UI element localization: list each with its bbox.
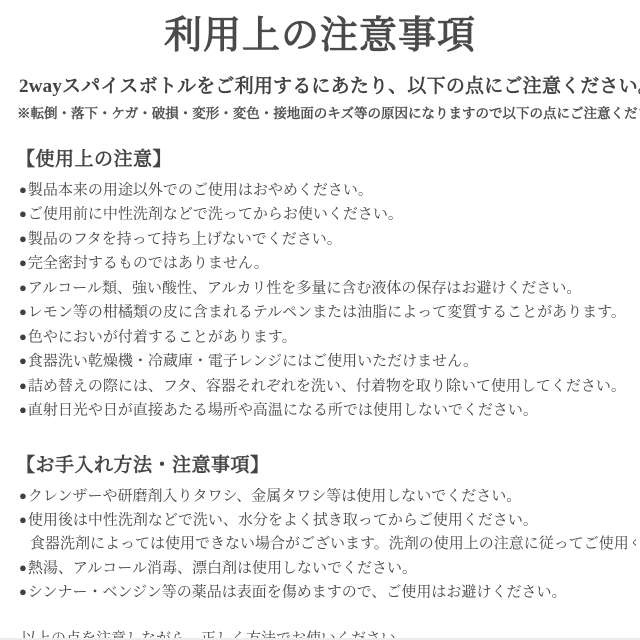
bullet-icon: ● (19, 300, 27, 323)
bullet-icon: ● (19, 276, 27, 299)
usage-notice-list: ●製品本来の用途以外でのご使用はおやめください。 ●ご使用前に中性洗剤などで洗っ… (0, 178, 640, 423)
notice-item: ●直射日光や日が直接あたる場所や高温になる所では使用しないでください。 (19, 398, 636, 423)
notice-item-text: 完全密封するものではありません。 (28, 256, 269, 272)
notice-item-text: 直射日光や日が直接あたる場所や高温になる所では使用しないでください。 (28, 403, 538, 419)
bullet-icon: ● (19, 484, 27, 507)
notice-item: ●完全密封するものではありません。 (19, 251, 636, 276)
section-usage-precautions: 【使用上の注意】 ●製品本来の用途以外でのご使用はおやめください。 ●ご使用前に… (0, 144, 640, 423)
notice-item-text: 使用後は中性洗剤などで洗い、水分をよく拭き取ってからご使用ください。 (28, 513, 538, 529)
notice-item-text: 色やにおいが付着することがあります。 (28, 329, 297, 345)
notice-item-text: 熱湯、アルコール消毒、漂白剤は使用しないでください。 (28, 560, 417, 576)
bullet-icon: ● (19, 202, 27, 225)
notice-item-text: 食器洗い乾燥機・冷蔵庫・電子レンジにはご使用いただけません。 (28, 354, 478, 370)
notice-item-text: レモン等の柑橘類の皮に含まれるテルペンまたは油脂によって変質することがあります。 (28, 305, 626, 321)
caution-note: ※転倒・落下・ケガ・破損・変形・変色・接地面のキズ等の原因になりますので以下の点… (0, 102, 640, 122)
bullet-icon: ● (19, 251, 27, 274)
page-title: 利用上の注意事項 (0, 0, 640, 59)
bullet-icon: ● (19, 227, 27, 250)
notice-item: ●クレンザーや研磨剤入りタワシ、金属タワシ等は使用しないでください。 (19, 484, 636, 509)
notice-item-text: ご使用前に中性洗剤などで洗ってからお使いください。 (28, 207, 403, 223)
section-heading-usage: 【使用上の注意】 (0, 144, 640, 171)
bullet-icon: ● (19, 325, 27, 348)
notice-item: ●製品本来の用途以外でのご使用はおやめください。 (19, 178, 636, 203)
notice-item: ●食器洗い乾燥機・冷蔵庫・電子レンジにはご使用いただけません。 (19, 349, 636, 374)
notice-item: ●詰め替えの際には、フタ、容器それぞれを洗い、付着物を取り除いて使用してください… (19, 374, 636, 399)
notice-item: ●色やにおいが付着することがあります。 (19, 325, 636, 350)
notice-item: ●製品のフタを持って持ち上げないでください。 (19, 227, 636, 252)
bullet-icon: ● (19, 349, 27, 372)
notice-item-text: 製品本来の用途以外でのご使用はおやめください。 (28, 182, 373, 198)
notice-item-continuation: 食器洗剤によっては使用できない場合がございます。洗剤の使用上の注意に従ってご使用… (19, 533, 636, 556)
care-notice-list: ●クレンザーや研磨剤入りタワシ、金属タワシ等は使用しないでください。 ●使用後は… (0, 484, 640, 605)
notice-item-text: シンナー・ベンジン等の薬品は表面を傷めますので、ご使用はお避けください。 (28, 585, 567, 601)
bullet-icon: ● (19, 556, 27, 579)
notice-item-text: 製品のフタを持って持ち上げないでください。 (28, 231, 342, 247)
section-care-instructions: 【お手入れ方法・注意事項】 ●クレンザーや研磨剤入りタワシ、金属タワシ等は使用し… (0, 450, 640, 605)
notice-item: ●レモン等の柑橘類の皮に含まれるテルペンまたは油脂によって変質することがあります… (19, 300, 636, 325)
notice-item-text: アルコール類、強い酸性、アルカリ性を多量に含む液体の保存はお避けください。 (28, 280, 582, 296)
notice-item-text: 詰め替えの際には、フタ、容器それぞれを洗い、付着物を取り除いて使用してください。 (28, 378, 626, 394)
notice-item: ●ご使用前に中性洗剤などで洗ってからお使いください。 (19, 202, 636, 227)
notice-item: ●熱湯、アルコール消毒、漂白剤は使用しないでください。 (19, 556, 636, 581)
notice-item-text: クレンザーや研磨剤入りタワシ、金属タワシ等は使用しないでください。 (28, 488, 521, 504)
bullet-icon: ● (19, 374, 27, 397)
notice-item-text: 食器洗剤によっては使用できない場合がございます。洗剤の使用上の注意に従ってご使用… (30, 536, 636, 552)
bullet-icon: ● (19, 398, 27, 421)
bullet-icon: ● (19, 178, 27, 201)
usage-notice-document: 利用上の注意事項 2wayスパイスボトルをご利用するにあたり、以下の点にご注意く… (0, 0, 640, 640)
notice-item: ●使用後は中性洗剤などで洗い、水分をよく拭き取ってからご使用ください。 (19, 508, 636, 533)
closing-statement: 以上の点を注意しながら、正しく方法でお使いください。 (0, 627, 640, 640)
bullet-icon: ● (19, 580, 27, 603)
section-heading-care: 【お手入れ方法・注意事項】 (0, 450, 640, 477)
document-subtitle: 2wayスパイスボトルをご利用するにあたり、以下の点にご注意ください。 (0, 71, 640, 98)
notice-item: ●アルコール類、強い酸性、アルカリ性を多量に含む液体の保存はお避けください。 (19, 276, 636, 301)
notice-item: ●シンナー・ベンジン等の薬品は表面を傷めますので、ご使用はお避けください。 (19, 580, 636, 605)
bullet-icon: ● (19, 508, 27, 531)
